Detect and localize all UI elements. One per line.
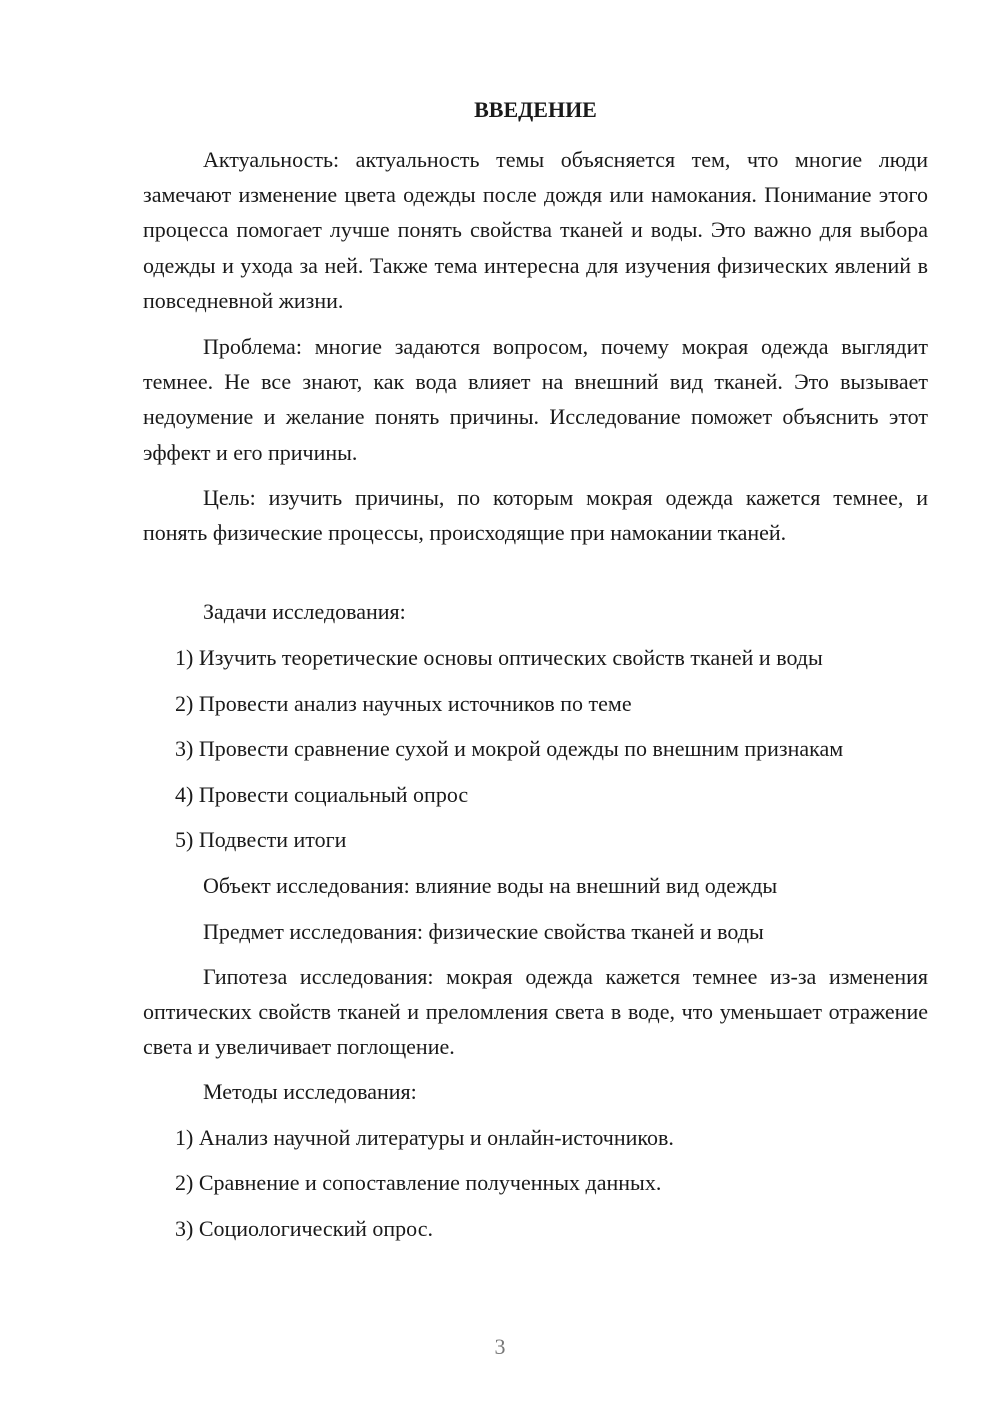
method-item: 1) Анализ научной литературы и онлайн-ис…	[143, 1124, 960, 1152]
method-item: 2) Сравнение и сопоставление полученных …	[143, 1169, 960, 1197]
task-item: 5) Подвести итоги	[143, 826, 960, 854]
object-line: Объект исследования: влияние воды на вне…	[143, 872, 988, 900]
problem-paragraph: Проблема: многие задаются вопросом, поче…	[143, 329, 928, 470]
hypothesis-paragraph: Гипотеза исследования: мокрая одежда каж…	[143, 959, 928, 1065]
tasks-heading: Задачи исследования:	[143, 598, 988, 626]
methods-heading: Методы исследования:	[143, 1078, 988, 1106]
goal-paragraph: Цель: изучить причины, по которым мокрая…	[143, 480, 928, 550]
subject-line: Предмет исследования: физические свойств…	[143, 918, 988, 946]
task-item: 4) Провести социальный опрос	[143, 781, 960, 809]
task-item: 3) Провести сравнение сухой и мокрой оде…	[143, 735, 960, 763]
method-item: 3) Социологический опрос.	[143, 1215, 960, 1243]
task-item: 1) Изучить теоретические основы оптическ…	[143, 644, 960, 672]
relevance-paragraph: Актуальность: актуальность темы объясняе…	[143, 142, 928, 318]
task-item: 2) Провести анализ научных источников по…	[143, 690, 960, 718]
page-number: 3	[0, 1334, 1000, 1360]
section-title: ВВЕДЕНИЕ	[143, 96, 928, 124]
